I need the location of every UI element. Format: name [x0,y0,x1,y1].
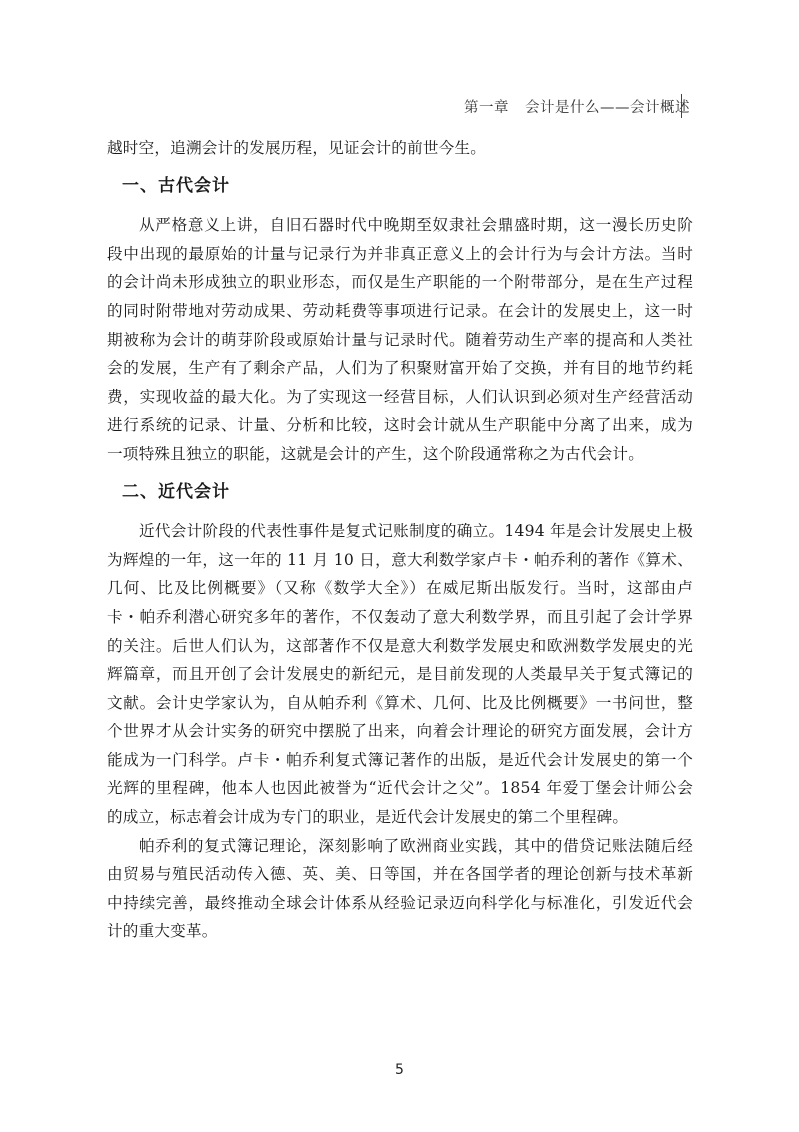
running-header: 第一章会计是什么——会计概述 [464,96,690,117]
text-line: 的成立，标志着会计成为专门的职业，是近代会计发展史的第二个里程碑。 [107,803,693,832]
section-heading-ancient-accounting: 一、古代会计 [107,172,693,201]
section-heading-modern-accounting: 二、近代会计 [107,478,693,507]
text-line: 近代会计阶段的代表性事件是复式记账制度的确立。1494 年是会计发展史上极 [107,517,693,546]
text-line: 越时空，追溯会计的发展历程，见证会计的前世今生。 [107,134,693,163]
paragraph: 从严格意义上讲，自旧石器时代中晚期至奴隶社会鼎盛时期，这一漫长历史阶 段中出现的… [107,211,693,468]
intro-paragraph: 越时空，追溯会计的发展历程，见证会计的前世今生。 [107,134,693,163]
text-line: 一项特殊且独立的职能，这就是会计的产生，这个阶段通常称之为古代会计。 [107,440,693,469]
text-line: 文献。会计史学家认为，自从帕乔利《算术、几何、比及比例概要》一书问世，整 [107,689,693,718]
text-line: 卡・帕乔利潜心研究多年的著作，不仅轰动了意大利数学界，而且引起了会计学界 [107,603,693,632]
text-line: 会的发展，生产有了剩余产品，人们为了积聚财富开始了交换，并有目的地节约耗 [107,354,693,383]
paragraph: 近代会计阶段的代表性事件是复式记账制度的确立。1494 年是会计发展史上极 为辉… [107,517,693,832]
text-line: 光辉的里程碑，他本人也因此被誉为“近代会计之父”。1854 年爱丁堡会计师公会 [107,774,693,803]
text-line: 的同时附带地对劳动成果、劳动耗费等事项进行记录。在会计的发展史上，这一时 [107,297,693,326]
chapter-number: 第一章 [464,100,509,116]
text-line: 段中出现的最原始的计量与记录行为并非真正意义上的会计行为与会计方法。当时 [107,240,693,269]
chapter-title: 会计是什么——会计概述 [525,100,690,116]
text-line: 几何、比及比例概要》（又称《数学大全》）在威尼斯出版发行。当时，这部由卢 [107,574,693,603]
text-line: 中持续完善，最终推动全球会计体系从经验记录迈向科学化与标准化，引发近代会 [107,889,693,918]
text-line: 由贸易与殖民活动传入德、英、美、日等国，并在各国学者的理论创新与技术革新 [107,860,693,889]
text-line: 的关注。后世人们认为，这部著作不仅是意大利数学发展史和欧洲数学发展史的光 [107,632,693,661]
text-line: 进行系统的记录、计量、分析和比较，这时会计就从生产职能中分离了出来，成为 [107,411,693,440]
text-line: 为辉煌的一年，这一年的 11 月 10 日，意大利数学家卢卡・帕乔利的著作《算术… [107,546,693,575]
text-line: 辉篇章，而且开创了会计发展史的新纪元，是目前发现的人类最早关于复式簿记的 [107,660,693,689]
text-line: 期被称为会计的萌芽阶段或原始计量与记录时代。随着劳动生产率的提高和人类社 [107,326,693,355]
text-line: 能成为一门科学。卢卡・帕乔利复式簿记著作的出版，是近代会计发展史的第一个 [107,746,693,775]
text-line: 个世界才从会计实务的研究中摆脱了出来，向着会计理论的研究方面发展，会计方 [107,717,693,746]
text-line: 的会计尚未形成独立的职业形态，而仅是生产职能的一个附带部分，是在生产过程 [107,268,693,297]
page-number: 5 [0,1062,799,1078]
text-line: 计的重大变革。 [107,917,693,946]
header-divider [681,94,682,118]
text-line: 从严格意义上讲，自旧石器时代中晚期至奴隶社会鼎盛时期，这一漫长历史阶 [107,211,693,240]
paragraph: 帕乔利的复式簿记理论，深刻影响了欧洲商业实践，其中的借贷记账法随后经 由贸易与殖… [107,832,693,946]
text-line: 帕乔利的复式簿记理论，深刻影响了欧洲商业实践，其中的借贷记账法随后经 [107,832,693,861]
page-body: 越时空，追溯会计的发展历程，见证会计的前世今生。 一、古代会计 从严格意义上讲，… [107,134,693,946]
text-line: 费，实现收益的最大化。为了实现这一经营目标，人们认识到必须对生产经营活动 [107,383,693,412]
